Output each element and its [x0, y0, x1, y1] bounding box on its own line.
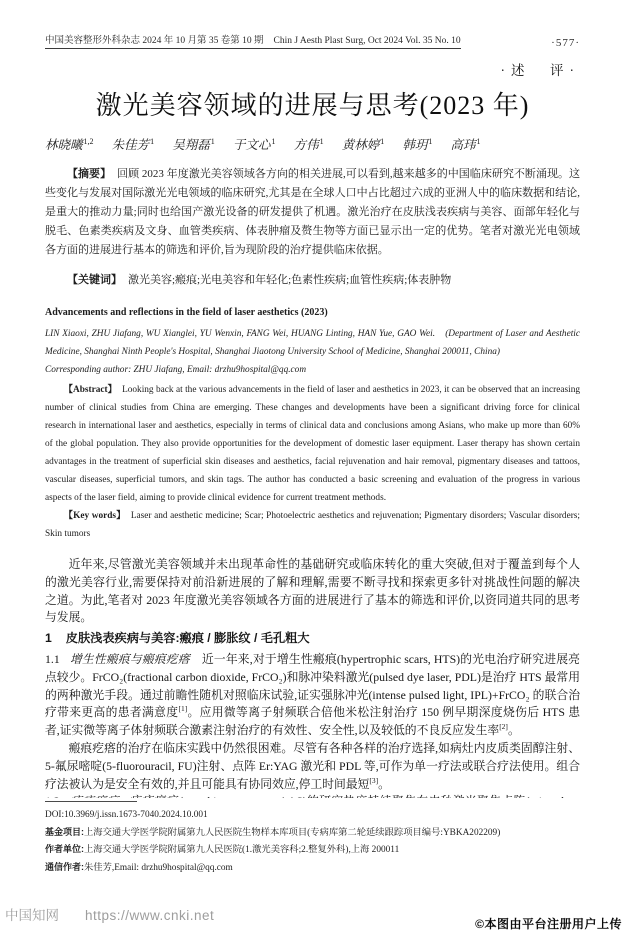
paragraph-1-1: 1.1增生性瘢痕与瘢痕疙瘩近一年来,对于增生性瘢痕(hypertrophic s…	[45, 651, 580, 740]
cnki-watermark: 中国知网https://www.cnki.net	[5, 904, 214, 924]
footnote-separator	[45, 801, 137, 802]
page-content: 中国美容整形外科杂志 2024 年 10 月第 35 卷第 10 期Chin J…	[0, 0, 625, 865]
section-1-number: 1	[45, 631, 52, 645]
author-name: 高玮1	[450, 138, 480, 152]
authors-line: 林晓曦1,2 朱佳芳1 吴翔磊1 于文心1 方伟1 黄林婷1 韩玥1 高玮1	[45, 135, 580, 153]
affiliation-line: 作者单位:上海交通大学医学院附属第九人民医院(1.激光美容科;2.整复外科),上…	[45, 841, 580, 859]
abstract-en-text: Looking back at the various advancements…	[45, 385, 580, 503]
author-name: 朱佳芳1	[112, 138, 155, 152]
journal-title-cn: 中国美容整形外科杂志 2024 年 10 月第 35 卷第 10 期	[45, 36, 264, 46]
article-title-en: Advancements and reflections in the fiel…	[45, 304, 580, 322]
corresponding-label: 通信作者:	[45, 862, 84, 872]
cnki-name: 中国知网	[5, 908, 59, 923]
subsection-1-1-title: 增生性瘢痕与瘢痕疙瘩	[70, 652, 190, 666]
author-name: 于文心1	[233, 138, 276, 152]
upload-notice-watermark: ©本图由平台注册用户上传	[475, 915, 622, 932]
author-name: 林晓曦1,2	[45, 138, 94, 152]
fund-label: 基金项目:	[45, 827, 84, 837]
cnki-url: https://www.cnki.net	[85, 908, 214, 923]
affiliation-text: 上海交通大学医学院附属第九人民医院(1.激光美容科;2.整复外科),上海 200…	[84, 845, 399, 855]
subsection-1-1-number: 1.1	[45, 652, 60, 666]
page-header: 中国美容整形外科杂志 2024 年 10 月第 35 卷第 10 期Chin J…	[45, 32, 580, 49]
keywords-cn-text: 激光美容;瘢痕;光电美容和年轻化;色素性疾病;血管性疾病;体表肿物	[128, 274, 451, 286]
page-number: ·577·	[551, 37, 580, 49]
paragraph-keloid-text: 瘢痕疙瘩的治疗在临床实践中仍然很困难。尽管有各种各样的治疗选择,如病灶内皮质类固…	[45, 741, 580, 791]
abstract-cn: 【摘要】回顾 2023 年度激光美容领域各方向的相关进展,可以看到,越来越多的中…	[45, 165, 580, 260]
doi-line: DOI:10.3969/j.issn.1673-7040.2024.10.001	[45, 807, 580, 824]
english-block: Advancements and reflections in the fiel…	[45, 304, 580, 543]
keywords-cn: 【关键词】激光美容;瘢痕;光电美容和年轻化;色素性疾病;血管性疾病;体表肿物	[45, 271, 580, 290]
journal-title-en: Chin J Aesth Plast Surg, Oct 2024 Vol. 3…	[274, 36, 461, 46]
section-1-heading: 1皮肤浅表疾病与美容:瘢痕 / 膨胀纹 / 毛孔粗大	[45, 630, 580, 648]
author-name: 方伟1	[294, 138, 324, 152]
intro-paragraph: 近年来,尽管激光美容领域并未出现革命性的基础研究或临床转化的重大突破,但对于覆盖…	[45, 556, 580, 627]
fund-line: 基金项目:上海交通大学医学院附属第九人民医院生物样本库项目(专病库第二轮延续跟踪…	[45, 824, 580, 842]
keywords-en: 【Key words】Laser and aesthetic medicine;…	[45, 507, 580, 543]
column-type-label: ·述 评·	[45, 59, 580, 79]
abstract-en-label: 【Abstract】	[64, 385, 117, 395]
journal-masthead: 中国美容整形外科杂志 2024 年 10 月第 35 卷第 10 期Chin J…	[45, 32, 461, 49]
article-title: 激光美容领域的进展与思考(2023 年)	[45, 85, 580, 122]
author-name: 吴翔磊1	[172, 138, 215, 152]
reference-mark-1: [1]	[178, 704, 187, 713]
section-1-title: 皮肤浅表疾病与美容:瘢痕 / 膨胀纹 / 毛孔粗大	[66, 631, 310, 645]
footnote-block: DOI:10.3969/j.issn.1673-7040.2024.10.001…	[45, 798, 580, 901]
fund-text: 上海交通大学医学院附属第九人民医院生物样本库项目(专病库第二轮延续跟踪项目编号:…	[84, 828, 500, 838]
abstract-cn-label: 【摘要】	[67, 168, 111, 180]
keywords-cn-label: 【关键词】	[67, 274, 122, 286]
reference-mark-2: [2]	[499, 722, 508, 731]
journal-page: 中国美容整形外科杂志 2024 年 10 月第 35 卷第 10 期Chin J…	[0, 0, 625, 937]
corresponding-author-en: Corresponding author: ZHU Jiafang, Email…	[45, 361, 580, 379]
corresponding-line: 通信作者:朱佳芳,Email: drzhu9hospital@qq.com	[45, 859, 580, 877]
abstract-cn-text: 回顾 2023 年度激光美容领域各方向的相关进展,可以看到,越来越多的中国临床研…	[45, 168, 580, 256]
abstract-en: 【Abstract】Looking back at the various ad…	[45, 381, 580, 507]
reference-mark-3: [3]	[369, 776, 378, 785]
authors-en: LIN Xiaoxi, ZHU Jiafang, WU Xianglei, YU…	[45, 325, 580, 361]
paragraph-keloid: 瘢痕疙瘩的治疗在临床实践中仍然很困难。尽管有各种各样的治疗选择,如病灶内皮质类固…	[45, 740, 580, 793]
corresponding-text: 朱佳芳,Email: drzhu9hospital@qq.com	[84, 863, 233, 873]
author-name: 韩玥1	[402, 138, 432, 152]
keywords-en-label: 【Key words】	[64, 511, 126, 521]
affiliation-label: 作者单位:	[45, 844, 84, 854]
author-name: 黄林婷1	[342, 138, 385, 152]
